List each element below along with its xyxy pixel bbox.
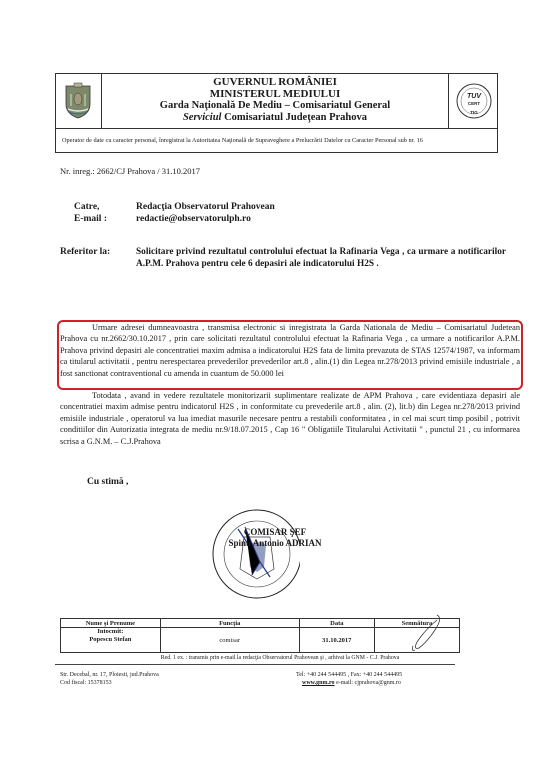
data-operator-notice: Operator de date cu caracter personal, î…	[55, 129, 498, 153]
footer-phone: Tel: +40 244 544495 , Fax: +40 244 54449…	[296, 671, 402, 679]
col-header-function: Funcţia	[160, 619, 299, 628]
footer-email[interactable]: e-mail: cjprahova@gnm.ro	[335, 680, 401, 686]
cell-signature	[374, 628, 459, 653]
coat-of-arms-icon	[63, 82, 93, 120]
header-line-service: Serviciul Comisariatul Judeţean Prahova	[102, 112, 448, 124]
tuv-cert-badge-icon: TUV CERT TIG	[455, 82, 493, 120]
subject-label: Referitor la:	[60, 247, 110, 257]
to-label: Catre,	[74, 202, 99, 212]
header-line-government: GUVERNUL ROMÂNIEI	[102, 76, 448, 88]
footer-contact-block: Tel: +40 244 544495 , Fax: +40 244 54449…	[296, 671, 402, 687]
col-header-name: Nume şi Prenume	[61, 619, 161, 628]
highlight-box	[57, 320, 523, 390]
recipient-email[interactable]: redactie@observatorulph.ro	[136, 214, 251, 224]
certification-logo: TUV CERT TIG	[448, 73, 498, 129]
distribution-note: Red. 1 ex. : transmis prin e-mail la red…	[110, 655, 450, 661]
col-header-date: Data	[299, 619, 374, 628]
footer-address-block: Str. Decebal, nr. 17, Ploiesti, jud.Prah…	[60, 671, 159, 687]
registration-number: Nr. inreg.: 2662/CJ Prahova / 31.10.2017	[60, 166, 200, 176]
letterhead-title: GUVERNUL ROMÂNIEI MINISTERUL MEDIULUI Ga…	[102, 76, 448, 124]
cell-date: 31.10.2017	[299, 628, 374, 653]
signatory-title: COMISAR ŞEF	[170, 527, 380, 538]
footer-fiscal-code: Cod fiscal: 15378153	[60, 679, 159, 687]
paragraph-measures: Totodata , avand in vedere rezultatele m…	[60, 390, 520, 447]
handwritten-signature-icon	[407, 612, 447, 652]
recipient-name: Redacţia Observatorul Prahovean	[136, 202, 275, 212]
approval-table: Nume şi Prenume Funcţia Data Semnătura I…	[60, 618, 460, 653]
closing-salutation: Cu stimă ,	[87, 477, 128, 487]
footer-divider	[55, 664, 455, 665]
header-line-guard: Garda Naţională De Mediu – Comisariatul …	[102, 100, 448, 112]
email-label: E-mail :	[74, 214, 107, 224]
official-stamp	[200, 507, 300, 606]
svg-text:TIG: TIG	[470, 110, 478, 115]
footer-web-email: www.gnm.ro e-mail: cjprahova@gnm.ro	[296, 679, 402, 687]
coat-of-arms-logo	[55, 73, 102, 129]
subject-text: Solicitare privind rezultatul controlulu…	[136, 247, 506, 270]
svg-text:CERT: CERT	[467, 101, 480, 106]
cell-function: comisar	[160, 628, 299, 653]
signatory-name: Spinu Antonio ADRIAN	[170, 538, 380, 549]
website-link[interactable]: www.gnm.ro	[302, 680, 335, 686]
stamp-seal-icon	[200, 507, 300, 601]
footer-address: Str. Decebal, nr. 17, Ploiesti, jud.Prah…	[60, 671, 159, 679]
signatory-block: COMISAR ŞEF Spinu Antonio ADRIAN	[170, 527, 380, 549]
svg-text:TUV: TUV	[467, 93, 482, 100]
cell-name: Intocmit: Popescu Stefan	[61, 628, 161, 653]
header-line-ministry: MINISTERUL MEDIULUI	[102, 88, 448, 100]
